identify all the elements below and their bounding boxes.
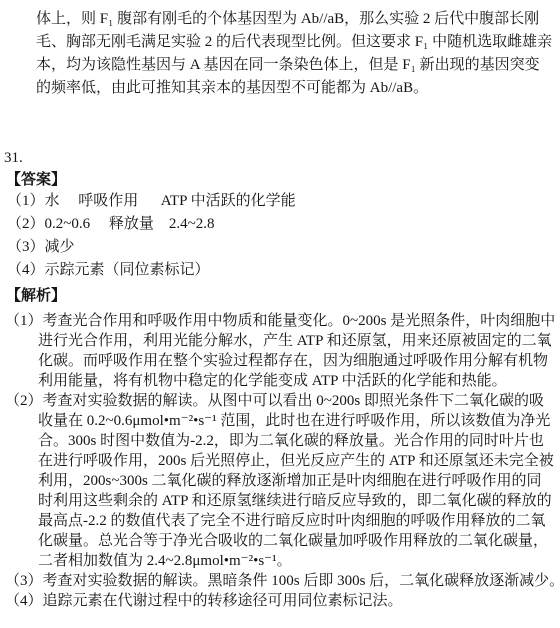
intro-line: 的频率低，由此可推知其亲本的基因型不可能都为 Ab//aB。 xyxy=(36,77,560,100)
analysis-line: （3）考查对实验数据的解读。黑暗条件 100s 后即 300s 后，二氧化碳释放… xyxy=(5,571,560,591)
intro-line: 本，均为该隐性基因与 A 基因在同一条染色体上，但是 F₁ 新出现的基因突变 xyxy=(36,54,560,77)
analysis-line: 收量在 0.2~0.6μmol•m⁻²•s⁻¹ 范围，此时也在进行呼吸作用，所以… xyxy=(38,411,560,431)
document-page: 体上，则 F₁ 腹部有刚毛的个体基因型为 Ab//aB，那么实验 2 后代中腹部… xyxy=(0,8,560,611)
analysis-line: 利用，200s~300s 二氧化碳的释放逐渐增加正是叶肉细胞在进行呼吸作用的同 xyxy=(38,471,560,491)
analysis-section-header: 【解析】 xyxy=(6,286,560,306)
intro-line: 毛、胸部无刚毛满足实验 2 的后代表现型比例。但这要求 F₁ 中随机选取雌雄亲 xyxy=(36,31,560,54)
analysis-line: 合。300s 时图中数值为-2.2，即为二氧化碳的释放量。光合作用的同时叶片也 xyxy=(38,431,560,451)
analysis-item-2: （2）考查对实验数据的解读。从图中可以看出 0~200s 即照光条件下二氧化碳的… xyxy=(5,391,560,571)
analysis-line: 化碳。而呼吸作用在整个实验过程都存在，因为细胞通过呼吸作用分解有机物 xyxy=(38,351,560,371)
analysis-line: 进行光合作用，利用光能分解水，产生 ATP 和还原氢，用来还原被固定的二氧 xyxy=(38,331,560,351)
answer-item-2: （2）0.2~0.6 释放量 2.4~2.8 xyxy=(7,213,560,236)
analysis-line: 最高点-2.2 的数值代表了完全不进行暗反应时叶肉细胞的呼吸作用释放的二氧 xyxy=(38,511,560,531)
answer-section-header: 【答案】 xyxy=(6,170,560,190)
question-number: 31. xyxy=(4,148,560,168)
analysis-list: （1）考查光合作用和呼吸作用中物质和能量变化。0~200s 是光照条件，叶肉细胞… xyxy=(5,311,560,611)
analysis-item-3: （3）考查对实验数据的解读。黑暗条件 100s 后即 300s 后，二氧化碳释放… xyxy=(5,571,560,591)
answer-list: （1）水 呼吸作用 ATP 中活跃的化学能 （2）0.2~0.6 释放量 2.4… xyxy=(7,190,560,282)
analysis-line: 时利用这些剩余的 ATP 和还原氢继续进行暗反应导致的，即二氧化碳的释放的 xyxy=(38,491,560,511)
analysis-item-1: （1）考查光合作用和呼吸作用中物质和能量变化。0~200s 是光照条件，叶肉细胞… xyxy=(5,311,560,391)
answer-item-1: （1）水 呼吸作用 ATP 中活跃的化学能 xyxy=(7,190,560,213)
analysis-item-4: （4）追踪元素在代谢过程中的转移途径可用同位素标记法。 xyxy=(5,591,560,611)
analysis-line: （1）考查光合作用和呼吸作用中物质和能量变化。0~200s 是光照条件，叶肉细胞… xyxy=(5,311,560,331)
answer-item-3: （3）减少 xyxy=(7,236,560,259)
answer-item-4: （4）示踪元素（同位素标记） xyxy=(7,259,560,282)
analysis-line: （4）追踪元素在代谢过程中的转移途径可用同位素标记法。 xyxy=(5,591,560,611)
analysis-line: （2）考查对实验数据的解读。从图中可以看出 0~200s 即照光条件下二氧化碳的… xyxy=(5,391,560,411)
analysis-line: 在进行呼吸作用，200s 后光照停止，但光反应产生的 ATP 和还原氢还未完全被 xyxy=(38,451,560,471)
intro-paragraph: 体上，则 F₁ 腹部有刚毛的个体基因型为 Ab//aB，那么实验 2 后代中腹部… xyxy=(36,8,560,100)
analysis-line: 利用能量，将有机物中稳定的化学能变成 ATP 中活跃的化学能和热能。 xyxy=(38,371,560,391)
analysis-line: 二者相加数值为 2.4~2.8μmol•m⁻²•s⁻¹。 xyxy=(38,551,560,571)
analysis-line: 化碳量。总光合等于净光合吸收的二氧化碳量加呼吸作用释放的二氧化碳量， xyxy=(38,531,560,551)
intro-line: 体上，则 F₁ 腹部有刚毛的个体基因型为 Ab//aB，那么实验 2 后代中腹部… xyxy=(36,8,560,31)
